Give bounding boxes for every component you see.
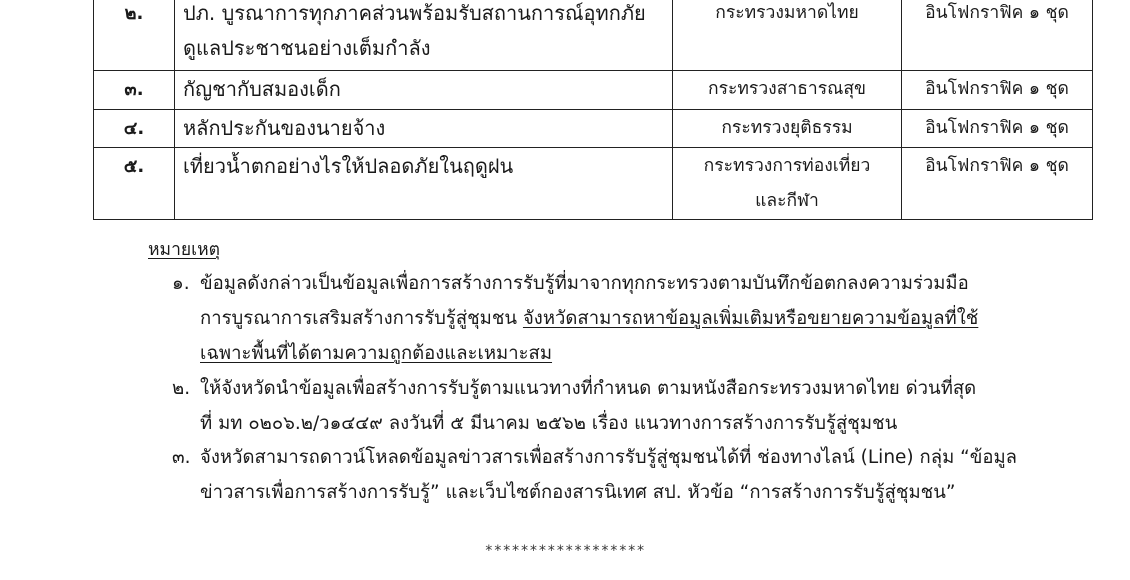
underlined-emphasis: จังหวัดสามารถหาข้อมูลเพิ่มเติมหรือขยายคว… — [523, 308, 978, 329]
note-line: ที่ มท ๐๒๐๖.๒/ว๑๔๔๙ ลงวันที่ ๕ มีนาคม ๒๕… — [200, 406, 1072, 441]
row-title: เที่ยวน้ำตกอย่างไรให้ปลอดภัยในฤดูฝน — [175, 148, 673, 220]
row-format: อินโฟกราฟิค ๑ ชุด — [902, 0, 1093, 71]
underlined-emphasis: เฉพาะพื้นที่ได้ตามความถูกต้องและเหมาะสม — [200, 336, 1072, 371]
row-number: ๔. — [94, 110, 175, 148]
note-number: ๓. — [172, 440, 191, 475]
row-ministry: กระทรวงสาธารณสุข — [673, 71, 902, 110]
row-title: หลักประกันของนายจ้าง — [175, 110, 673, 148]
infographic-table: ๒. ปภ. บูรณาการทุกภาคส่วนพร้อมรับสถานการ… — [93, 0, 1093, 220]
note-line: ข่าวสารเพื่อการสร้างการรับรู้” และเว็บไซ… — [200, 475, 1072, 510]
row-format: อินโฟกราฟิค ๑ ชุด — [902, 148, 1093, 220]
table-row: ๒. ปภ. บูรณาการทุกภาคส่วนพร้อมรับสถานการ… — [94, 0, 1093, 71]
row-title: กัญชากับสมองเด็ก — [175, 71, 673, 110]
note-item: ๑. ข้อมูลดังกล่าวเป็นข้อมูลเพื่อการสร้าง… — [172, 266, 1072, 371]
note-line: การบูรณาการเสริมสร้างการรับรู้สู่ชุมชน จ… — [200, 301, 1072, 336]
row-format: อินโฟกราฟิค ๑ ชุด — [902, 110, 1093, 148]
row-title-line: ดูแลประชาชนอย่างเต็มกำลัง — [183, 31, 672, 66]
row-ministry: กระทรวงมหาดไทย — [673, 0, 902, 71]
note-line: จังหวัดสามารถดาวน์โหลดข้อมูลข่าวสารเพื่อ… — [200, 440, 1072, 475]
row-ministry: กระทรวงยุติธรรม — [673, 110, 902, 148]
row-format: อินโฟกราฟิค ๑ ชุด — [902, 71, 1093, 110]
end-separator: ****************** — [0, 543, 1130, 559]
note-number: ๑. — [172, 266, 190, 301]
note-number: ๒. — [172, 371, 190, 406]
note-item: ๓. จังหวัดสามารถดาวน์โหลดข้อมูลข่าวสารเพ… — [172, 440, 1072, 510]
table-row: ๓. กัญชากับสมองเด็ก กระทรวงสาธารณสุข อิน… — [94, 71, 1093, 110]
document-page: ๒. ปภ. บูรณาการทุกภาคส่วนพร้อมรับสถานการ… — [0, 0, 1130, 580]
note-line: ให้จังหวัดนำข้อมูลเพื่อสร้างการรับรู้ตาม… — [200, 371, 1072, 406]
row-ministry: กระทรวงการท่องเที่ยว และกีฬา — [673, 148, 902, 220]
notes-heading: หมายเหตุ — [148, 235, 220, 263]
row-title: ปภ. บูรณาการทุกภาคส่วนพร้อมรับสถานการณ์อ… — [175, 0, 673, 71]
table-row: ๔. หลักประกันของนายจ้าง กระทรวงยุติธรรม … — [94, 110, 1093, 148]
row-number: ๕. — [94, 148, 175, 220]
table-row: ๕. เที่ยวน้ำตกอย่างไรให้ปลอดภัยในฤดูฝน ก… — [94, 148, 1093, 220]
note-item: ๒. ให้จังหวัดนำข้อมูลเพื่อสร้างการรับรู้… — [172, 371, 1072, 441]
row-number: ๒. — [94, 0, 175, 71]
row-title-line: ปภ. บูรณาการทุกภาคส่วนพร้อมรับสถานการณ์อ… — [183, 0, 672, 31]
row-number: ๓. — [94, 71, 175, 110]
note-line: ข้อมูลดังกล่าวเป็นข้อมูลเพื่อการสร้างการ… — [200, 266, 1072, 301]
